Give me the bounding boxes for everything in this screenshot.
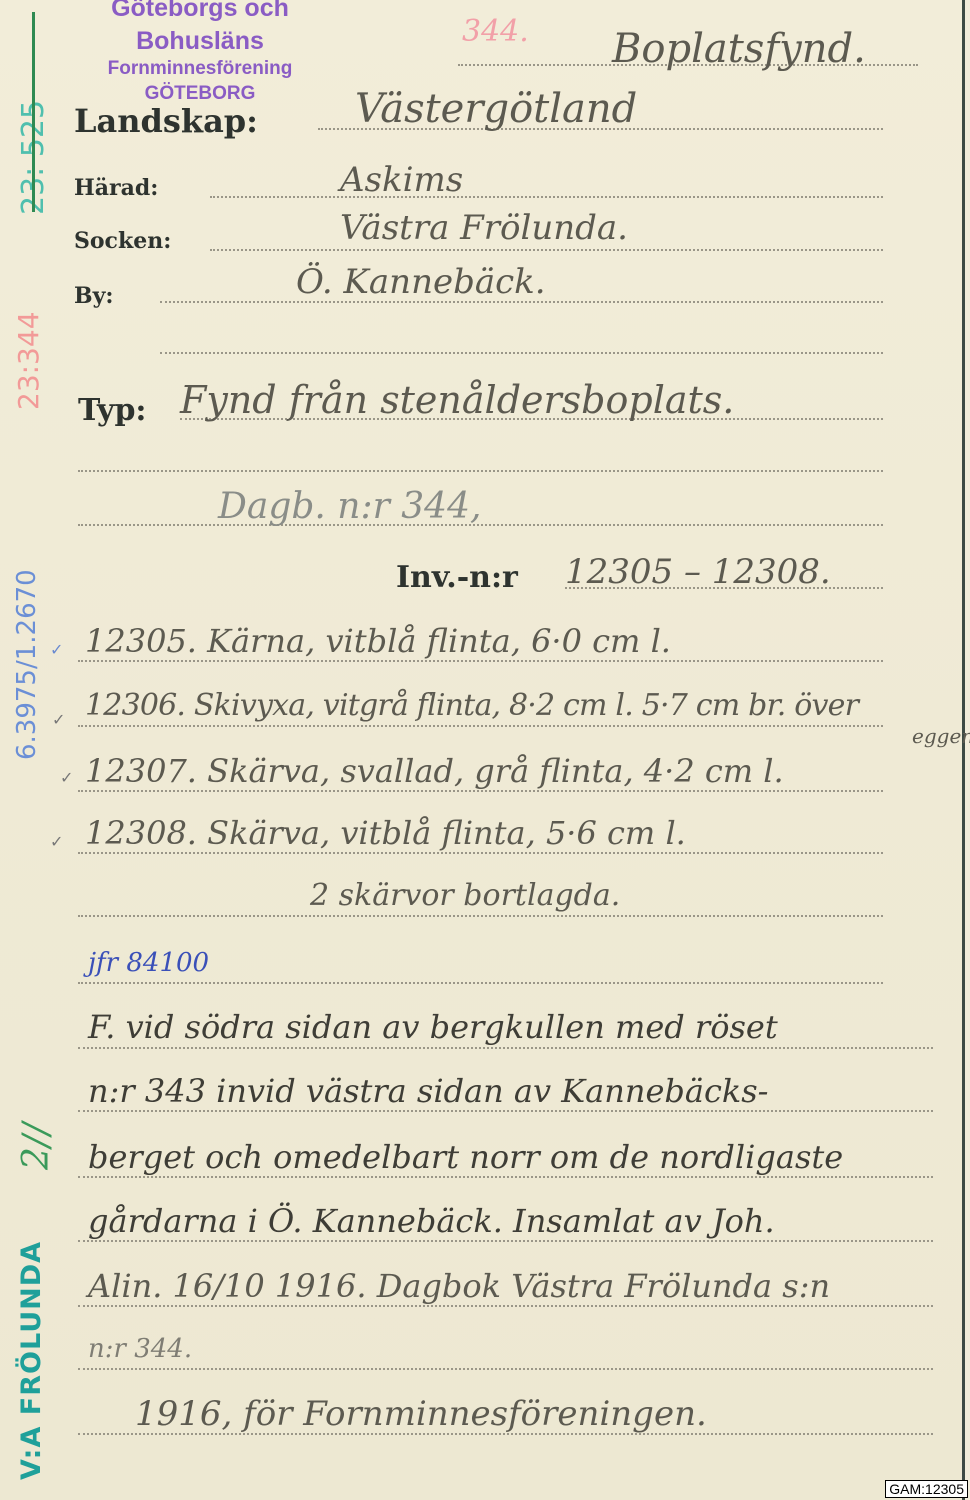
description-line	[78, 1368, 933, 1370]
category-value: Boplatsfynd.	[612, 26, 866, 72]
typ-label: Typ:	[78, 393, 147, 428]
item-line	[78, 915, 883, 917]
blue-reference: jfr 84100	[88, 948, 209, 978]
location-stamp: V:A FRÖLUNDA	[16, 1241, 47, 1480]
blank-line-1	[160, 352, 883, 354]
check-mark-icon: ✓	[52, 710, 65, 729]
item-line	[78, 852, 883, 854]
inventory-item: 12308. Skärva, vitblå flinta, 5·6 cm l.	[85, 814, 686, 852]
society-stamp: Göteborgs och Bohusläns Fornminnesföreni…	[70, 0, 330, 106]
check-mark-icon: ✓	[50, 832, 63, 851]
harad-label: Härad:	[74, 175, 158, 201]
item-line	[78, 660, 883, 662]
description-line-text: berget och omedelbart norr om de nordlig…	[88, 1138, 843, 1176]
check-mark-icon: ✓	[50, 640, 63, 659]
landskap-value: Västergötland	[355, 86, 637, 132]
description-line	[78, 1110, 933, 1112]
catalog-id-badge: GAM:12305	[885, 1480, 968, 1498]
inventory-item: 12307. Skärva, svallad, grå flinta, 4·2 …	[85, 752, 784, 790]
by-label: By:	[74, 283, 114, 309]
dagbok-ref: Dagb. n:r 344,	[218, 486, 481, 527]
description-line-text: n:r 344.	[88, 1334, 192, 1364]
inventory-label: Inv.-n:r	[396, 560, 518, 595]
socken-value: Västra Frölunda.	[340, 208, 628, 248]
description-line	[78, 1176, 933, 1178]
green-margin-number: 2//	[16, 1123, 57, 1170]
blue-margin-number: 6.3975/1.2670	[12, 569, 42, 760]
harad-line	[210, 196, 883, 198]
landskap-label: Landskap:	[74, 102, 258, 140]
by-value: Ö. Kannebäck.	[296, 262, 546, 302]
description-line-text: n:r 343 invid västra sidan av Kannebäcks…	[88, 1072, 768, 1110]
harad-value: Askims	[340, 160, 463, 200]
inventory-item: 12305. Kärna, vitblå flinta, 6·0 cm l.	[85, 622, 671, 660]
description-line-text: gårdarna i Ö. Kannebäck. Insamlat av Joh…	[88, 1202, 775, 1240]
typ-value: Fynd från stenåldersboplats.	[180, 378, 734, 422]
socken-label: Socken:	[74, 228, 171, 254]
inventory-item-addendum: eggen	[912, 724, 970, 748]
check-mark-icon: ✓	[60, 768, 73, 787]
red-number: 344.	[462, 14, 529, 49]
catalog-card: Göteborgs och Bohusläns Fornminnesföreni…	[0, 0, 965, 1500]
item-line	[78, 790, 883, 792]
stamp-line-3: Fornminnesförening	[70, 57, 330, 82]
item-line	[78, 725, 883, 727]
stamp-line-1: Göteborgs och	[70, 0, 330, 25]
stamp-line-2: Bohusläns	[70, 25, 330, 58]
inventory-range: 12305 – 12308.	[565, 552, 831, 592]
description-line-text: Alin. 16/10 1916. Dagbok Västra Frölunda…	[88, 1267, 830, 1305]
socken-line	[210, 249, 883, 251]
removed-note: 2 skärvor bortlagda.	[310, 878, 620, 913]
red-margin-number: 23:344	[12, 311, 45, 410]
inventory-item: 12306. Skivyxa, vitgrå flinta, 8·2 cm l.…	[85, 688, 858, 723]
strike-through-line	[32, 12, 35, 212]
acquisition-note: 1916, för Fornminnesföreningen.	[135, 1394, 707, 1434]
description-line	[78, 1305, 933, 1307]
description-line	[78, 1047, 933, 1049]
blank-line-2	[78, 470, 883, 472]
description-line	[78, 1240, 933, 1242]
blank-line-3	[78, 982, 883, 984]
description-line-text: F. vid södra sidan av bergkullen med rös…	[88, 1008, 778, 1046]
